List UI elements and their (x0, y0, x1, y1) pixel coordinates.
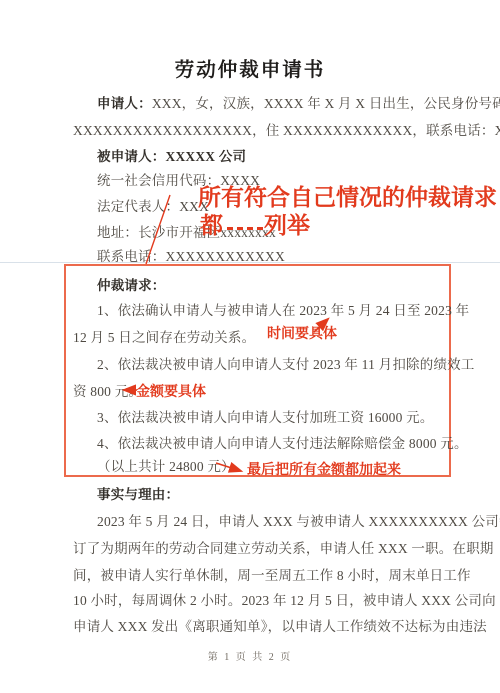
request-item2-line1: 2、依法裁决被申请人向申请人支付 2023 年 11 月扣除的绩效工 (97, 356, 475, 373)
facts-heading: 事实与理由： (97, 486, 179, 503)
request-item1-line1: 1、依法确认申请人与被申请人在 2023 年 5 月 24 日至 2023 年 (97, 302, 469, 319)
request-item1-line2: 12 月 5 日之间存在劳动关系。 (73, 329, 255, 346)
request-item4: 4、依法裁决被申请人向申请人支付违法解除赔偿金 8000 元。 (97, 435, 468, 452)
annotation-main-line2-prefix: 都 (200, 212, 223, 238)
annotation-amount-note: 金额要具体 (136, 383, 206, 399)
facts-line-3: 间，被申请人实行单休制，周一至周五工作 8 小时，周末单日工作 (73, 567, 471, 584)
request-total: （以上共计 24800 元） (97, 458, 235, 475)
applicant-label: 申请人： (97, 96, 152, 111)
annotation-main-line2-suffix: 列举 (264, 212, 310, 238)
applicant-info: XXX，女，汉族，XXXX 年 X 月 X 日出生，公民身份号码： (152, 96, 500, 111)
request-heading: 仲裁请求： (97, 277, 166, 294)
request-item3: 3、依法裁决被申请人向申请人支付加班工资 16000 元。 (97, 409, 434, 426)
annotation-dash-line (227, 227, 263, 230)
facts-line-5: 申请人 XXX 发出《离职通知单》，以申请人工作绩效不达标为由违法 (73, 618, 487, 635)
annotation-total-note: 最后把所有金额都加起来 (247, 461, 401, 477)
annotation-time-note: 时间要具体 (267, 325, 337, 341)
facts-line-4: 10 小时，每周调休 2 小时。2023 年 12 月 5 日，被申请人 XXX… (73, 592, 496, 609)
page-title: 劳动仲裁申请书 (0, 54, 500, 82)
divider-line (0, 262, 500, 263)
applicant-paragraph-line2: XXXXXXXXXXXXXXXXXX，住 XXXXXXXXXXXXX，联系电话：… (73, 122, 500, 139)
request-item2-line2: 资 800 元。 (73, 383, 142, 400)
facts-line-2: 订了为期两年的劳动合同建立劳动关系，申请人任 XXX 一职。在职期 (73, 540, 494, 557)
page-number: 第 1 页 共 2 页 (0, 648, 500, 663)
arbitration-application-page: 劳动仲裁申请书 申请人：XXX，女，汉族，XXXX 年 X 月 X 日出生，公民… (0, 0, 500, 693)
annotation-main-line1: 所有符合自己情况的仲裁请求 (198, 184, 497, 210)
applicant-paragraph-line1: 申请人：XXX，女，汉族，XXXX 年 X 月 X 日出生，公民身份号码： (97, 95, 500, 112)
respondent-legal-rep: 法定代表人：XXX (97, 198, 209, 215)
facts-line-1: 2023 年 5 月 24 日，申请人 XXX 与被申请人 XXXXXXXXXX… (97, 513, 500, 530)
respondent-title: 被申请人：XXXXX 公司 (97, 148, 246, 165)
